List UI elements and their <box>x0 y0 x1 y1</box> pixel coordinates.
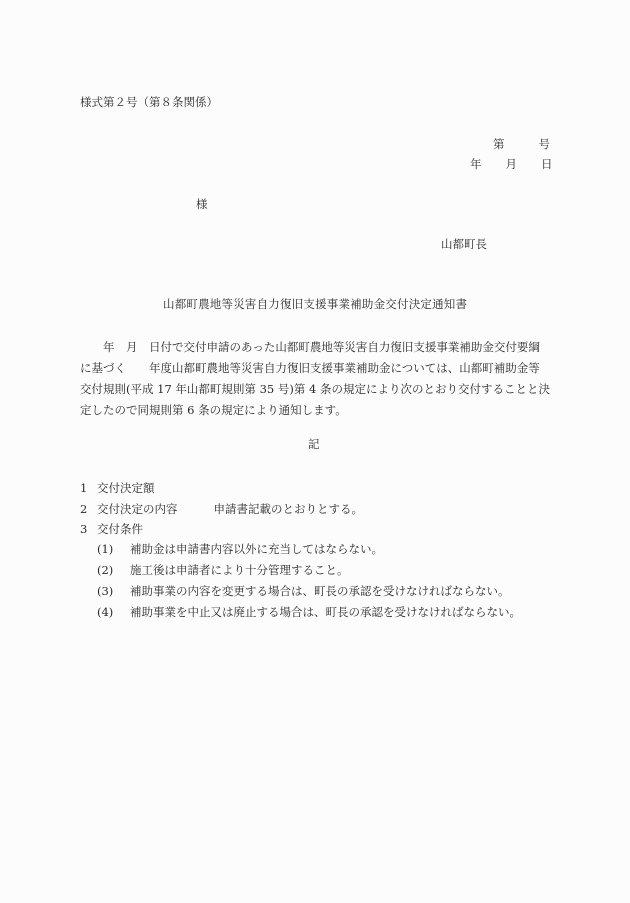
document-date-line: 年月日 <box>470 159 553 171</box>
date-day: 日 <box>541 157 553 171</box>
body-line: 年 月 日付で交付申請のあった山都町農地等災害自力復旧支援事業補助金交付要綱 <box>80 337 555 358</box>
number-prefix: 第 <box>493 137 505 151</box>
form-identifier: 様式第２号（第８条関係） <box>80 97 218 109</box>
items-list: 1 交付決定額 2 交付決定の内容 申請書記載のとおりとする。 3 交付条件 <box>80 478 363 540</box>
ki-heading: 記 <box>308 439 320 451</box>
list-item: 1 交付決定額 <box>80 478 363 499</box>
condition-number: (4) <box>97 605 130 619</box>
body-line: 交付規則(平成 17 年山都町規則第 35 号)第 4 条の規定により次のとおり… <box>80 379 555 400</box>
body-line: 定したので同規則第 6 条の規定により通知します。 <box>80 400 555 421</box>
item-number: 2 <box>80 502 97 516</box>
condition-number: (2) <box>97 563 130 577</box>
body-paragraph: 年 月 日付で交付申請のあった山都町農地等災害自力復旧支援事業補助金交付要綱 に… <box>80 337 555 421</box>
list-item: 2 交付決定の内容 申請書記載のとおりとする。 <box>80 499 363 520</box>
condition-text: 補助事業を中止又は廃止する場合は、町長の承認を受けなければならない。 <box>130 604 521 620</box>
item-value: 申請書記載のとおりとする。 <box>214 501 364 517</box>
condition-text: 補助金は申請書内容以外に充当してはならない。 <box>130 541 383 557</box>
condition-item: (3) 補助事業の内容を変更する場合は、町長の承認を受けなければならない。 <box>97 580 521 601</box>
date-year: 年 <box>470 157 482 171</box>
list-item: 3 交付条件 <box>80 519 363 540</box>
document-number-line: 第号 <box>493 139 550 151</box>
item-number: 1 <box>80 481 97 495</box>
condition-number: (3) <box>97 584 130 598</box>
date-month: 月 <box>506 157 518 171</box>
item-number: 3 <box>80 522 97 536</box>
condition-number: (1) <box>97 542 130 556</box>
condition-item: (1) 補助金は申請書内容以外に充当してはならない。 <box>97 538 521 559</box>
condition-text: 補助事業の内容を変更する場合は、町長の承認を受けなければならない。 <box>130 583 510 599</box>
item-label: 交付決定額 <box>97 480 155 496</box>
conditions-list: (1) 補助金は申請書内容以外に充当してはならない。 (2) 施工後は申請者によ… <box>97 538 521 622</box>
document-title: 山都町農地等災害自力復旧支援事業補助金交付決定通知書 <box>163 299 467 311</box>
item-label: 交付決定の内容 <box>97 501 178 517</box>
condition-text: 施工後は申請者により十分管理すること。 <box>130 562 349 578</box>
number-suffix: 号 <box>539 137 551 151</box>
item-label: 交付条件 <box>97 521 143 537</box>
body-line: に基づく 年度山都町農地等災害自力復旧支援事業補助金については、山都町補助金等 <box>80 358 555 379</box>
addressee: 様 <box>196 199 208 211</box>
sender: 山都町長 <box>441 239 487 251</box>
condition-item: (2) 施工後は申請者により十分管理すること。 <box>97 559 521 580</box>
condition-item: (4) 補助事業を中止又は廃止する場合は、町長の承認を受けなければならない。 <box>97 601 521 622</box>
